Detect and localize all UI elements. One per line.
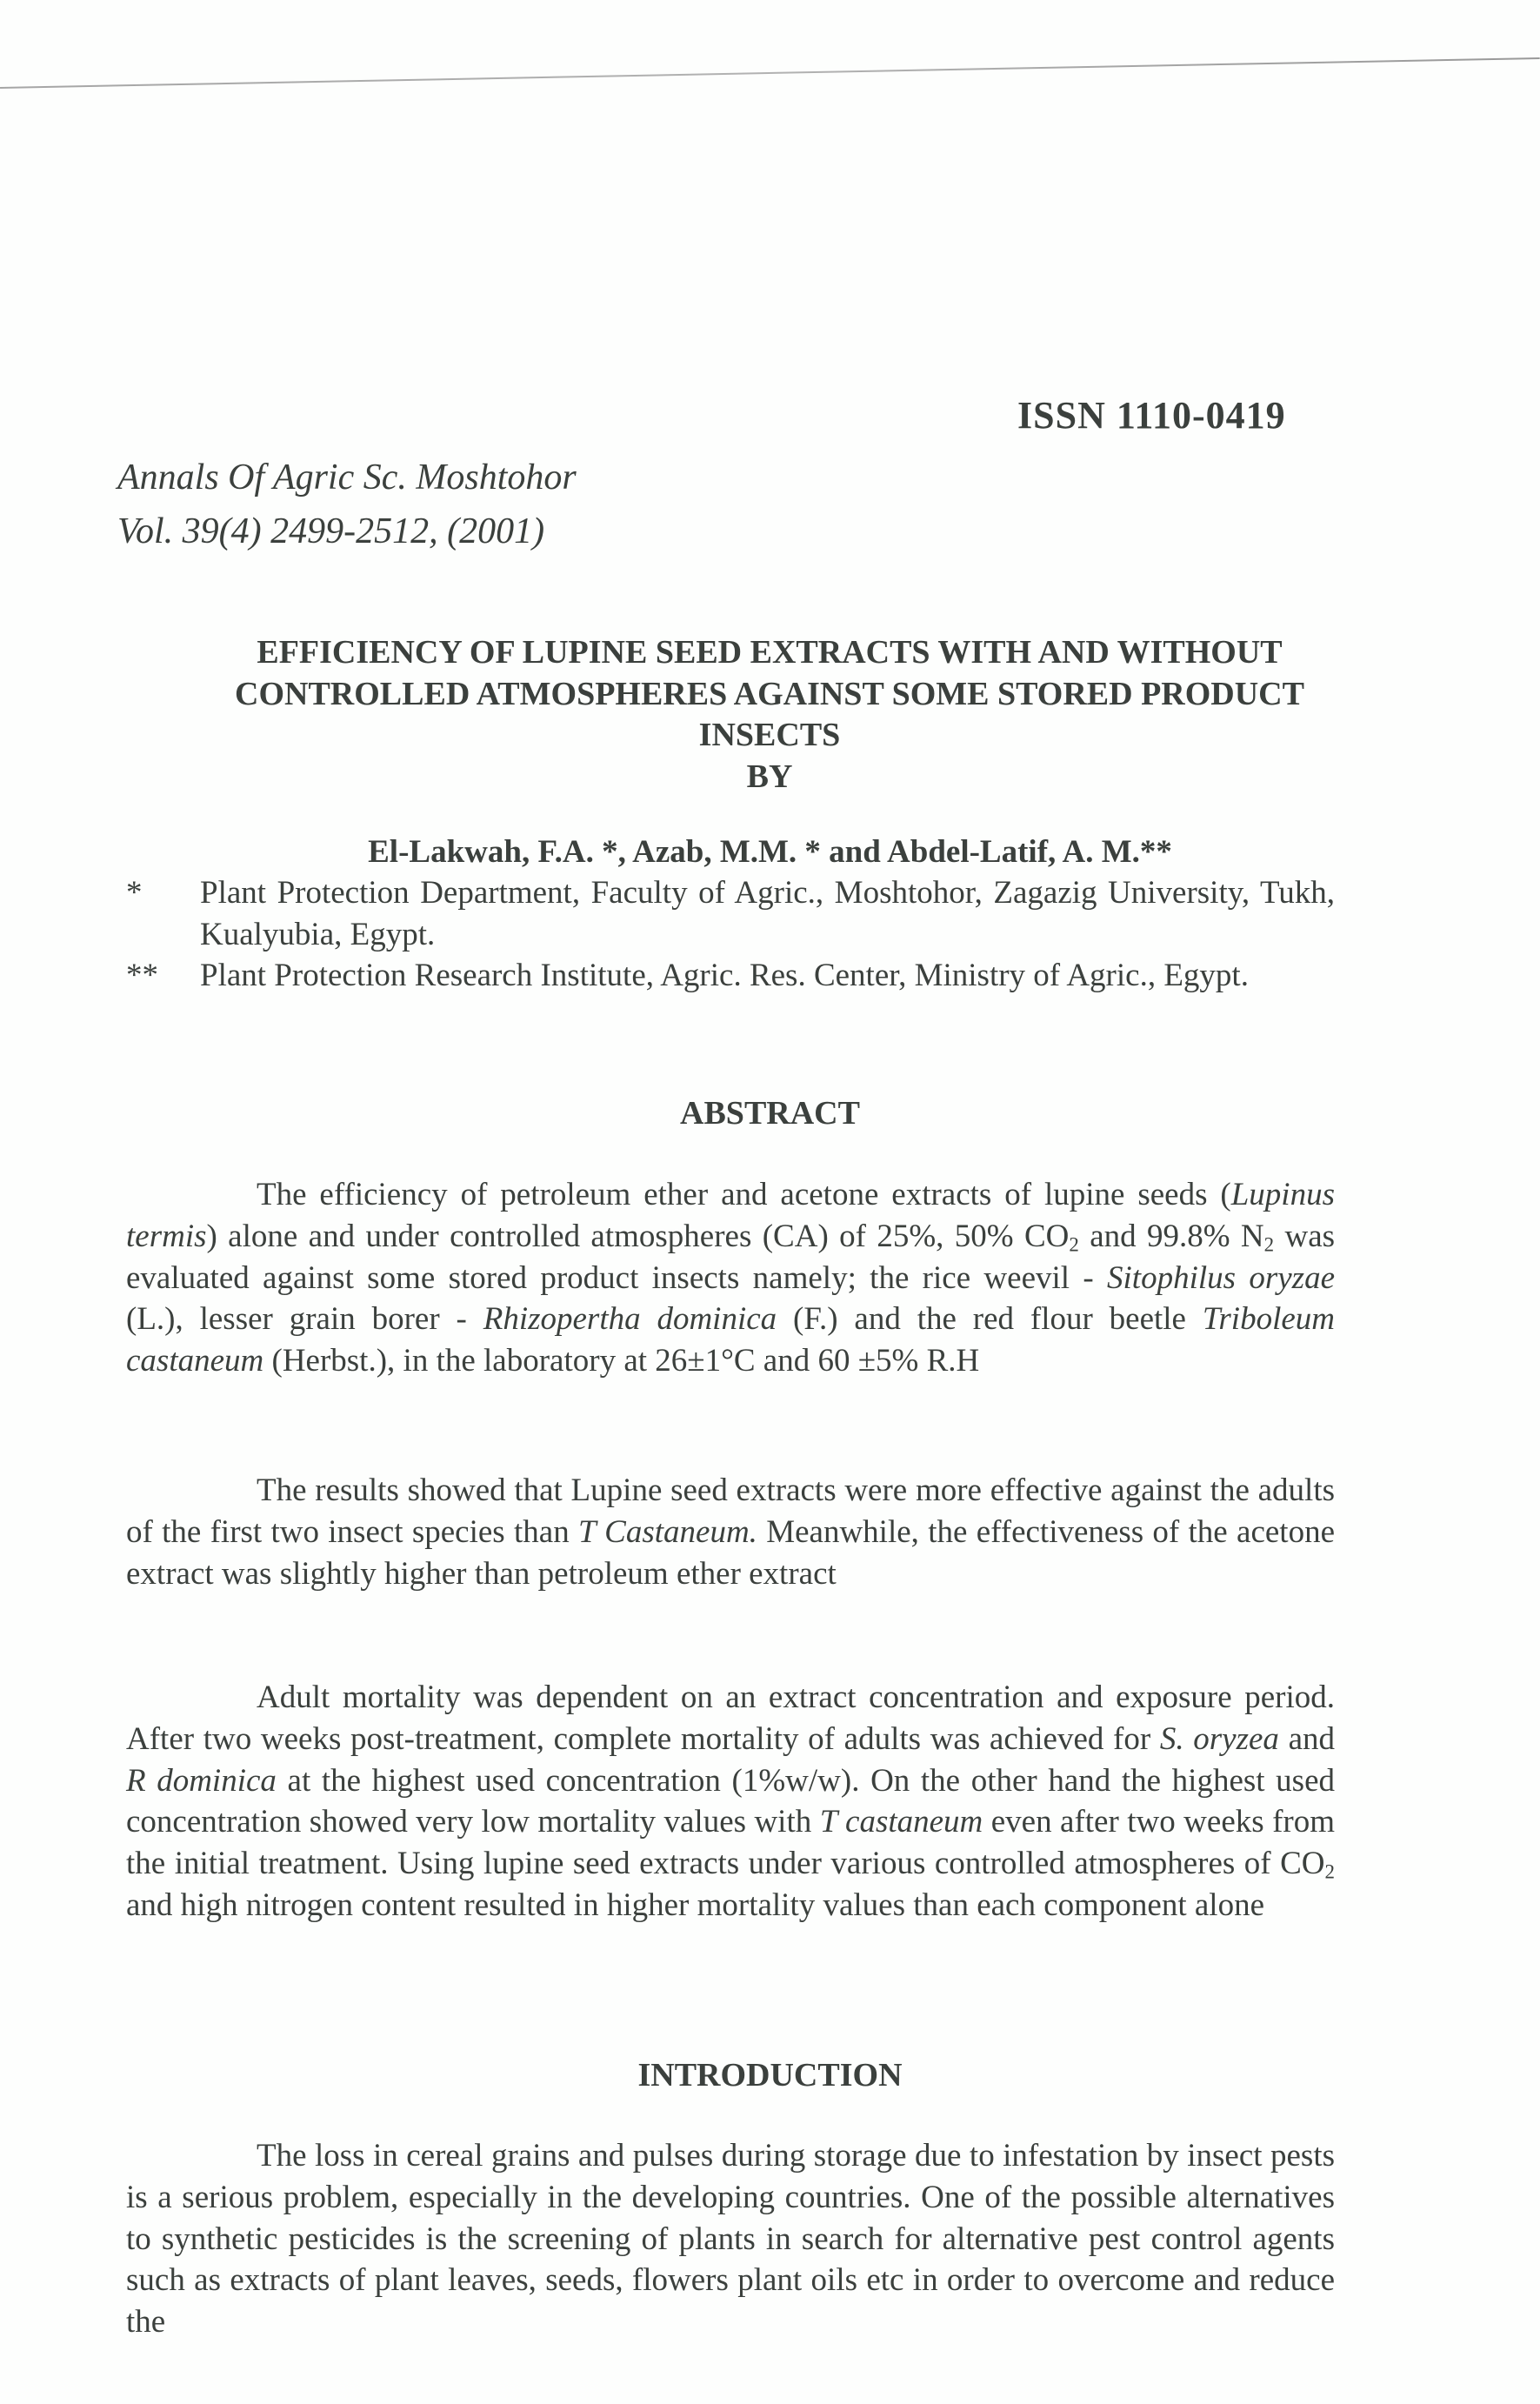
species-name: R dominica xyxy=(126,1763,277,1799)
text-run: and high nitrogen content resulted in hi… xyxy=(126,1887,1264,1923)
title-line: EFFICIENCY OF LUPINE SEED EXTRACTS WITH … xyxy=(104,632,1435,674)
issn: ISSN 1110-0419 xyxy=(1017,393,1286,437)
scan-line-artifact xyxy=(0,57,1540,89)
abstract-paragraph-1: The efficiency of petroleum ether and ac… xyxy=(126,1174,1335,1382)
text-run: The loss in cereal grains and pulses dur… xyxy=(126,2138,1335,2340)
text-run: ) alone and under controlled atmospheres… xyxy=(207,1219,1070,1254)
species-name: Rhizopertha dominica xyxy=(483,1301,777,1337)
title-line: INSECTS xyxy=(104,715,1435,757)
subscript: 2 xyxy=(1069,1234,1078,1256)
introduction-paragraph-1: The loss in cereal grains and pulses dur… xyxy=(126,2135,1335,2343)
text-run: Adult mortality was dependent on an extr… xyxy=(126,1679,1335,1757)
text-run: (F.) and the red flour beetle xyxy=(777,1301,1203,1337)
abstract-paragraph-2: The results showed that Lupine seed extr… xyxy=(126,1470,1335,1594)
affiliation-2: ** Plant Protection Research Institute, … xyxy=(126,955,1335,997)
text-run: (Herbst.), in the laboratory at 26±1°C a… xyxy=(263,1343,979,1379)
species-name: T castaneum xyxy=(820,1804,983,1840)
authors: El-Lakwah, F.A. *, Azab, M.M. * and Abde… xyxy=(0,833,1540,871)
title-line: CONTROLLED ATMOSPHERES AGAINST SOME STOR… xyxy=(104,674,1435,716)
species-name: S. oryzea xyxy=(1160,1721,1279,1757)
introduction-heading: INTRODUCTION xyxy=(0,2056,1540,2094)
subscript: 2 xyxy=(1264,1234,1274,1256)
subscript: 2 xyxy=(1325,1861,1335,1883)
species-name: T Castaneum. xyxy=(578,1514,757,1550)
abstract-heading: ABSTRACT xyxy=(0,1094,1540,1132)
journal-name: Annals Of Agric Sc. Moshtohor xyxy=(117,457,577,498)
affiliation-mark: ** xyxy=(126,955,158,997)
journal-volume: Vol. 39(4) 2499-2512, (2001) xyxy=(117,511,544,552)
species-name: Sitophilus oryzae xyxy=(1107,1260,1335,1296)
text-run: and xyxy=(1279,1721,1335,1757)
paper-title: EFFICIENCY OF LUPINE SEED EXTRACTS WITH … xyxy=(104,632,1435,798)
text-run: (L.), lesser grain borer - xyxy=(126,1301,483,1337)
text-run: and 99.8% N xyxy=(1079,1219,1264,1254)
affiliation-1: * Plant Protection Department, Faculty o… xyxy=(126,872,1335,955)
affiliation-text: Plant Protection Department, Faculty of … xyxy=(200,872,1335,955)
title-by: BY xyxy=(104,757,1435,798)
affiliation-mark: * xyxy=(126,872,143,914)
text-run: The efficiency of petroleum ether and ac… xyxy=(257,1177,1231,1212)
affiliation-text: Plant Protection Research Institute, Agr… xyxy=(200,955,1335,997)
abstract-paragraph-3: Adult mortality was dependent on an extr… xyxy=(126,1677,1335,1927)
